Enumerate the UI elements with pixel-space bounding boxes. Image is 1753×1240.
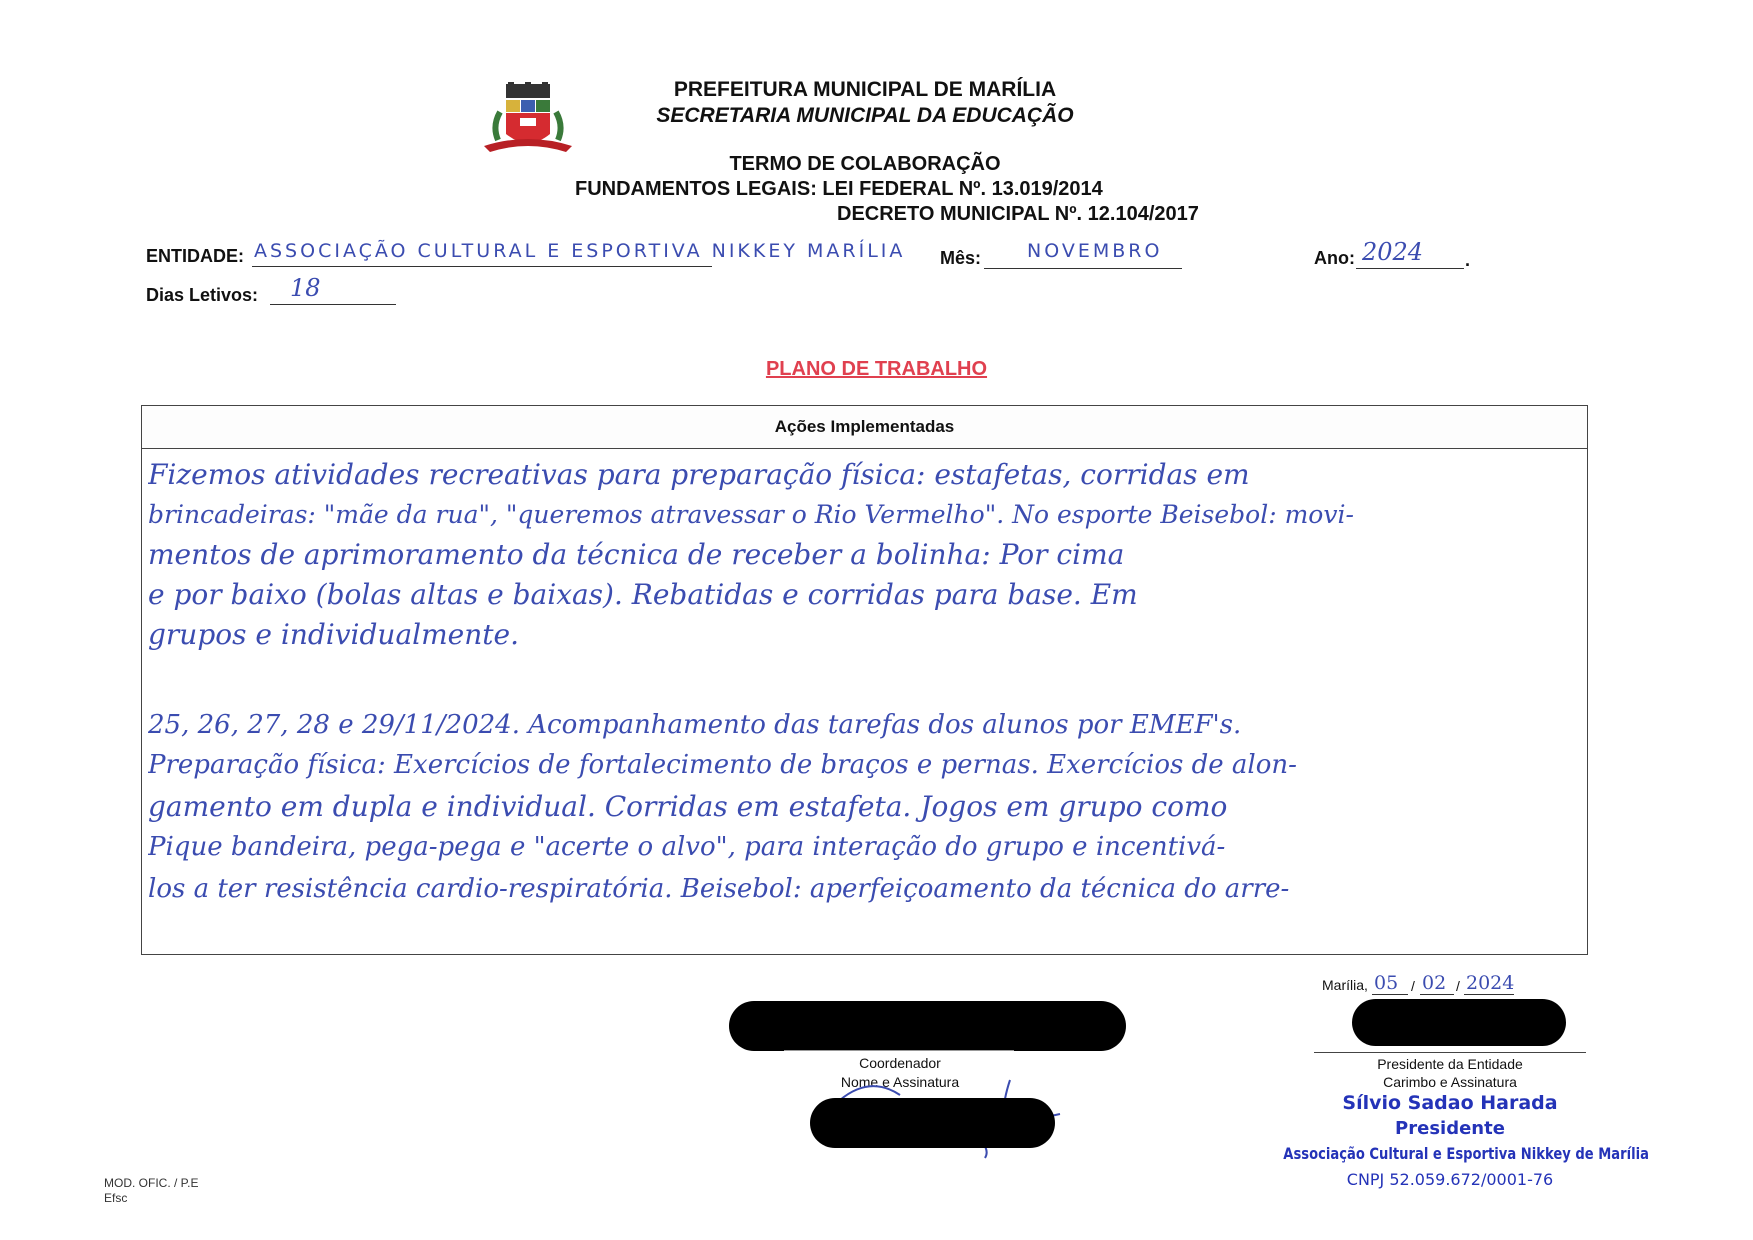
date-separator: / <box>1411 978 1415 994</box>
date-month-underline <box>1420 994 1454 995</box>
stamp-title: Presidente <box>1300 1118 1600 1139</box>
header-secretaria: SECRETARIA MUNICIPAL DA EDUCAÇÃO <box>560 104 1170 128</box>
redacted-coordinator-signature <box>810 1098 1055 1148</box>
header-termo: TERMO DE COLABORAÇÃO <box>560 153 1170 176</box>
date-year-underline <box>1464 994 1514 995</box>
text-line: mentos de aprimoramento da técnica de re… <box>148 536 1581 574</box>
text-line: los a ter resistência cardio-respiratóri… <box>148 870 1581 908</box>
section-title: PLANO DE TRABALHO <box>0 358 1753 381</box>
header-prefeitura: PREFEITURA MUNICIPAL DE MARÍLIA <box>560 78 1170 102</box>
ano-label: Ano: <box>1314 248 1355 269</box>
text-line: Pique bandeira, pega-pega e "acerte o al… <box>148 828 1581 866</box>
text-line: 25, 26, 27, 28 e 29/11/2024. Acompanhame… <box>148 706 1581 744</box>
footer-code: Efsc <box>104 1191 127 1205</box>
redacted-president-signature <box>1352 999 1566 1046</box>
actions-table: Ações Implementadas Fizemos atividades r… <box>141 405 1588 955</box>
stamp-cnpj: CNPJ 52.059.672/0001-76 <box>1300 1170 1600 1189</box>
text-line: gamento em dupla e individual. Corridas … <box>148 788 1581 826</box>
entidade-label: ENTIDADE: <box>146 246 244 267</box>
text-line: grupos e individualmente. <box>148 616 1581 654</box>
president-role: Presidente da Entidade <box>1350 1056 1550 1072</box>
dias-letivos-label: Dias Letivos: <box>146 285 258 306</box>
entidade-underline <box>252 266 712 267</box>
text-line: brincadeiras: "mãe da rua", "queremos at… <box>148 496 1581 534</box>
mes-label: Mês: <box>940 248 981 269</box>
date-separator: / <box>1456 978 1460 994</box>
text-line: e por baixo (bolas altas e baixas). Reba… <box>148 576 1581 614</box>
footer-model: MOD. OFIC. / P.E <box>104 1176 198 1190</box>
date-day-underline <box>1372 994 1408 995</box>
ano-underline <box>1356 268 1464 269</box>
stamp-organization: Associação Cultural e Esportiva Nikkey d… <box>1283 1144 1586 1163</box>
place-label: Marília, <box>1322 977 1368 993</box>
mes-field[interactable]: NOVEMBRO <box>1027 240 1162 262</box>
header-decreto: DECRETO MUNICIPAL Nº. 12.104/2017 <box>837 203 1199 226</box>
redacted-coordinator-name <box>729 1001 1126 1051</box>
ano-field[interactable]: 2024 <box>1362 238 1423 266</box>
entidade-field[interactable]: ASSOCIAÇÃO CULTURAL E ESPORTIVA NIKKEY M… <box>254 240 905 262</box>
actions-text-area[interactable]: Fizemos atividades recreativas para prep… <box>148 456 1581 948</box>
dias-letivos-underline <box>270 304 396 305</box>
mes-underline <box>984 268 1182 269</box>
president-signature-line <box>1314 1052 1586 1053</box>
date-year[interactable]: 2024 <box>1466 972 1514 994</box>
header-fundamentos: FUNDAMENTOS LEGAIS: LEI FEDERAL Nº. 13.0… <box>575 178 1103 201</box>
text-line: Fizemos atividades recreativas para prep… <box>148 456 1581 494</box>
president-caption: Carimbo e Assinatura <box>1350 1074 1550 1090</box>
text-line: Preparação física: Exercícios de fortale… <box>148 746 1581 784</box>
ano-suffix: . <box>1465 250 1470 271</box>
stamp-name: Sílvio Sadao Harada <box>1300 1092 1600 1114</box>
table-header: Ações Implementadas <box>142 406 1587 449</box>
coordinator-signature-line <box>784 1050 1014 1051</box>
dias-letivos-field[interactable]: 18 <box>290 274 321 302</box>
coordinator-role: Coordenador <box>800 1055 1000 1071</box>
date-day[interactable]: 05 <box>1374 972 1398 994</box>
date-month[interactable]: 02 <box>1422 972 1446 994</box>
